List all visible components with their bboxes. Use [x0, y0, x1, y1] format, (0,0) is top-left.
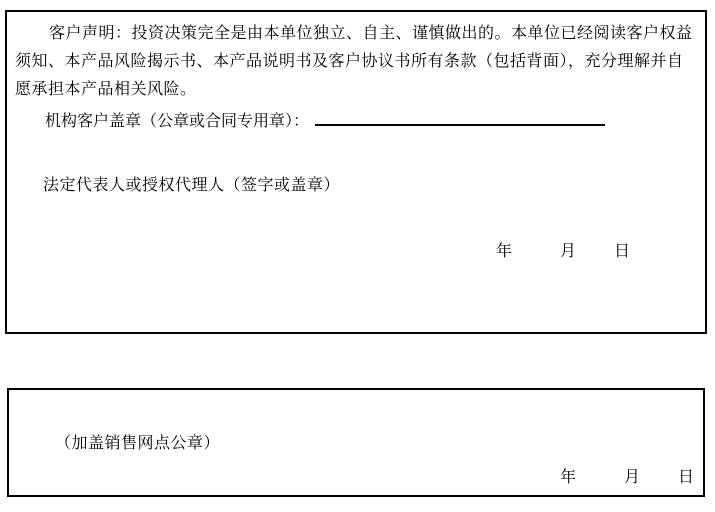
sales-outlet-date-row: 年月日	[9, 468, 703, 488]
client-declaration-section: 客户声明：投资决策完全是由本单位独立、自主、谨慎做出的。本单位已经阅读客户权益 …	[5, 10, 707, 334]
declaration-paragraph: 客户声明：投资决策完全是由本单位独立、自主、谨慎做出的。本单位已经阅读客户权益 …	[15, 20, 679, 104]
sales-outlet-section: （加盖销售网点公章） 年月日	[7, 388, 705, 497]
declaration-paragraph-line-1: 客户声明：投资决策完全是由本单位独立、自主、谨慎做出的。本单位已经阅读客户权益	[15, 20, 679, 48]
form-page: 客户声明：投资决策完全是由本单位独立、自主、谨慎做出的。本单位已经阅读客户权益 …	[0, 0, 715, 512]
institution-stamp-label: 机构客户盖章（公章或合同专用章）：	[45, 113, 309, 130]
date-year-label: 年	[560, 469, 576, 486]
date-month-label: 月	[560, 243, 576, 260]
stamp-signature-line	[315, 112, 605, 126]
declaration-paragraph-line-2: 须知、本产品风险揭示书、本产品说明书及客户协议书所有条款（包括背面），充分理解并…	[15, 48, 679, 76]
institution-stamp-row: 机构客户盖章（公章或合同专用章）：	[15, 112, 679, 132]
declaration-paragraph-line-3: 愿承担本产品相关风险。	[15, 76, 679, 104]
declaration-date-row: 年月日	[15, 242, 679, 262]
representative-signature-label: 法定代表人或授权代理人（签字或盖章）	[15, 176, 679, 196]
date-year-label: 年	[496, 243, 512, 260]
date-month-label: 月	[624, 469, 640, 486]
date-day-label: 日	[614, 243, 630, 260]
date-day-label: 日	[678, 469, 694, 486]
sales-outlet-stamp-note: （加盖销售网点公章）	[9, 434, 703, 454]
